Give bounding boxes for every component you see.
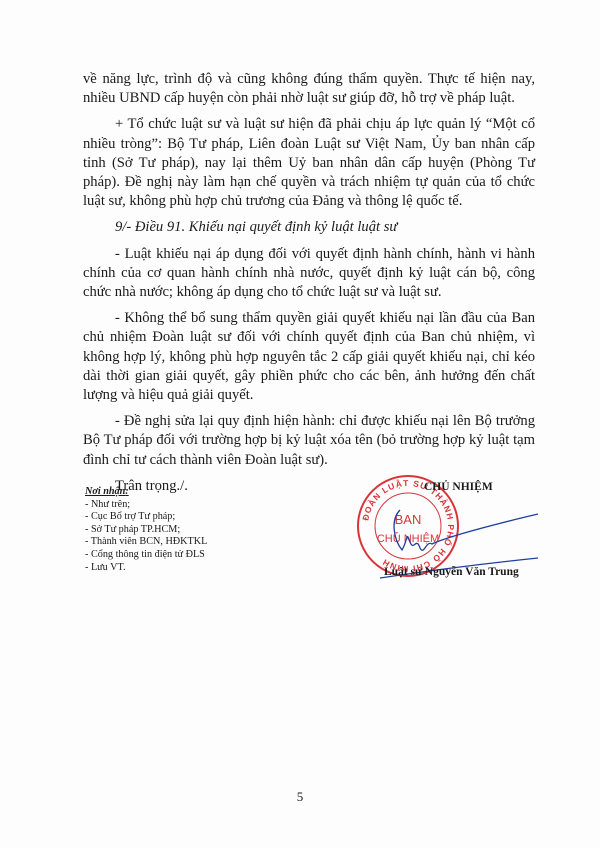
page-number: 5 — [0, 789, 600, 805]
paragraph-management-pressure: + Tổ chức luật sư và luật sư hiện đã phả… — [83, 115, 535, 211]
document-page: về năng lực, trình độ và cũng không đúng… — [0, 0, 600, 848]
recipient-item: - Lưu VT. — [85, 562, 207, 575]
paragraph-continuation: về năng lực, trình độ và cũng không đúng… — [83, 70, 535, 108]
recipients-title: Nơi nhận — [85, 486, 207, 499]
recipient-item: - Cổng thông tin điện tử ĐLS — [85, 549, 207, 562]
recipient-item: - Như trên; — [85, 499, 207, 512]
recipients-block: Nơi nhận - Như trên; - Cục Bổ trợ Tư phá… — [85, 486, 207, 574]
paragraph-first-complaint-authority: - Không thể bổ sung thẩm quyền giải quyế… — [83, 309, 535, 405]
paragraph-complaint-law: - Luật khiếu nại áp dụng đối với quyết đ… — [83, 245, 535, 303]
paragraph-proposal: - Đề nghị sửa lại quy định hiện hành: ch… — [83, 412, 535, 470]
recipient-item: - Thành viên BCN, HĐKTKL — [85, 536, 207, 549]
section-heading-article-91: 9/- Điều 91. Khiếu nại quyết định kỷ luậ… — [83, 218, 535, 237]
recipient-item: - Sở Tư pháp TP.HCM; — [85, 524, 207, 537]
recipient-item: - Cục Bổ trợ Tư pháp; — [85, 511, 207, 524]
body-text: về năng lực, trình độ và cũng không đúng… — [83, 70, 535, 503]
signer-title: CHỦ NHIỆM — [424, 481, 493, 493]
signer-name: Luật sư Nguyễn Văn Trung — [384, 566, 519, 578]
